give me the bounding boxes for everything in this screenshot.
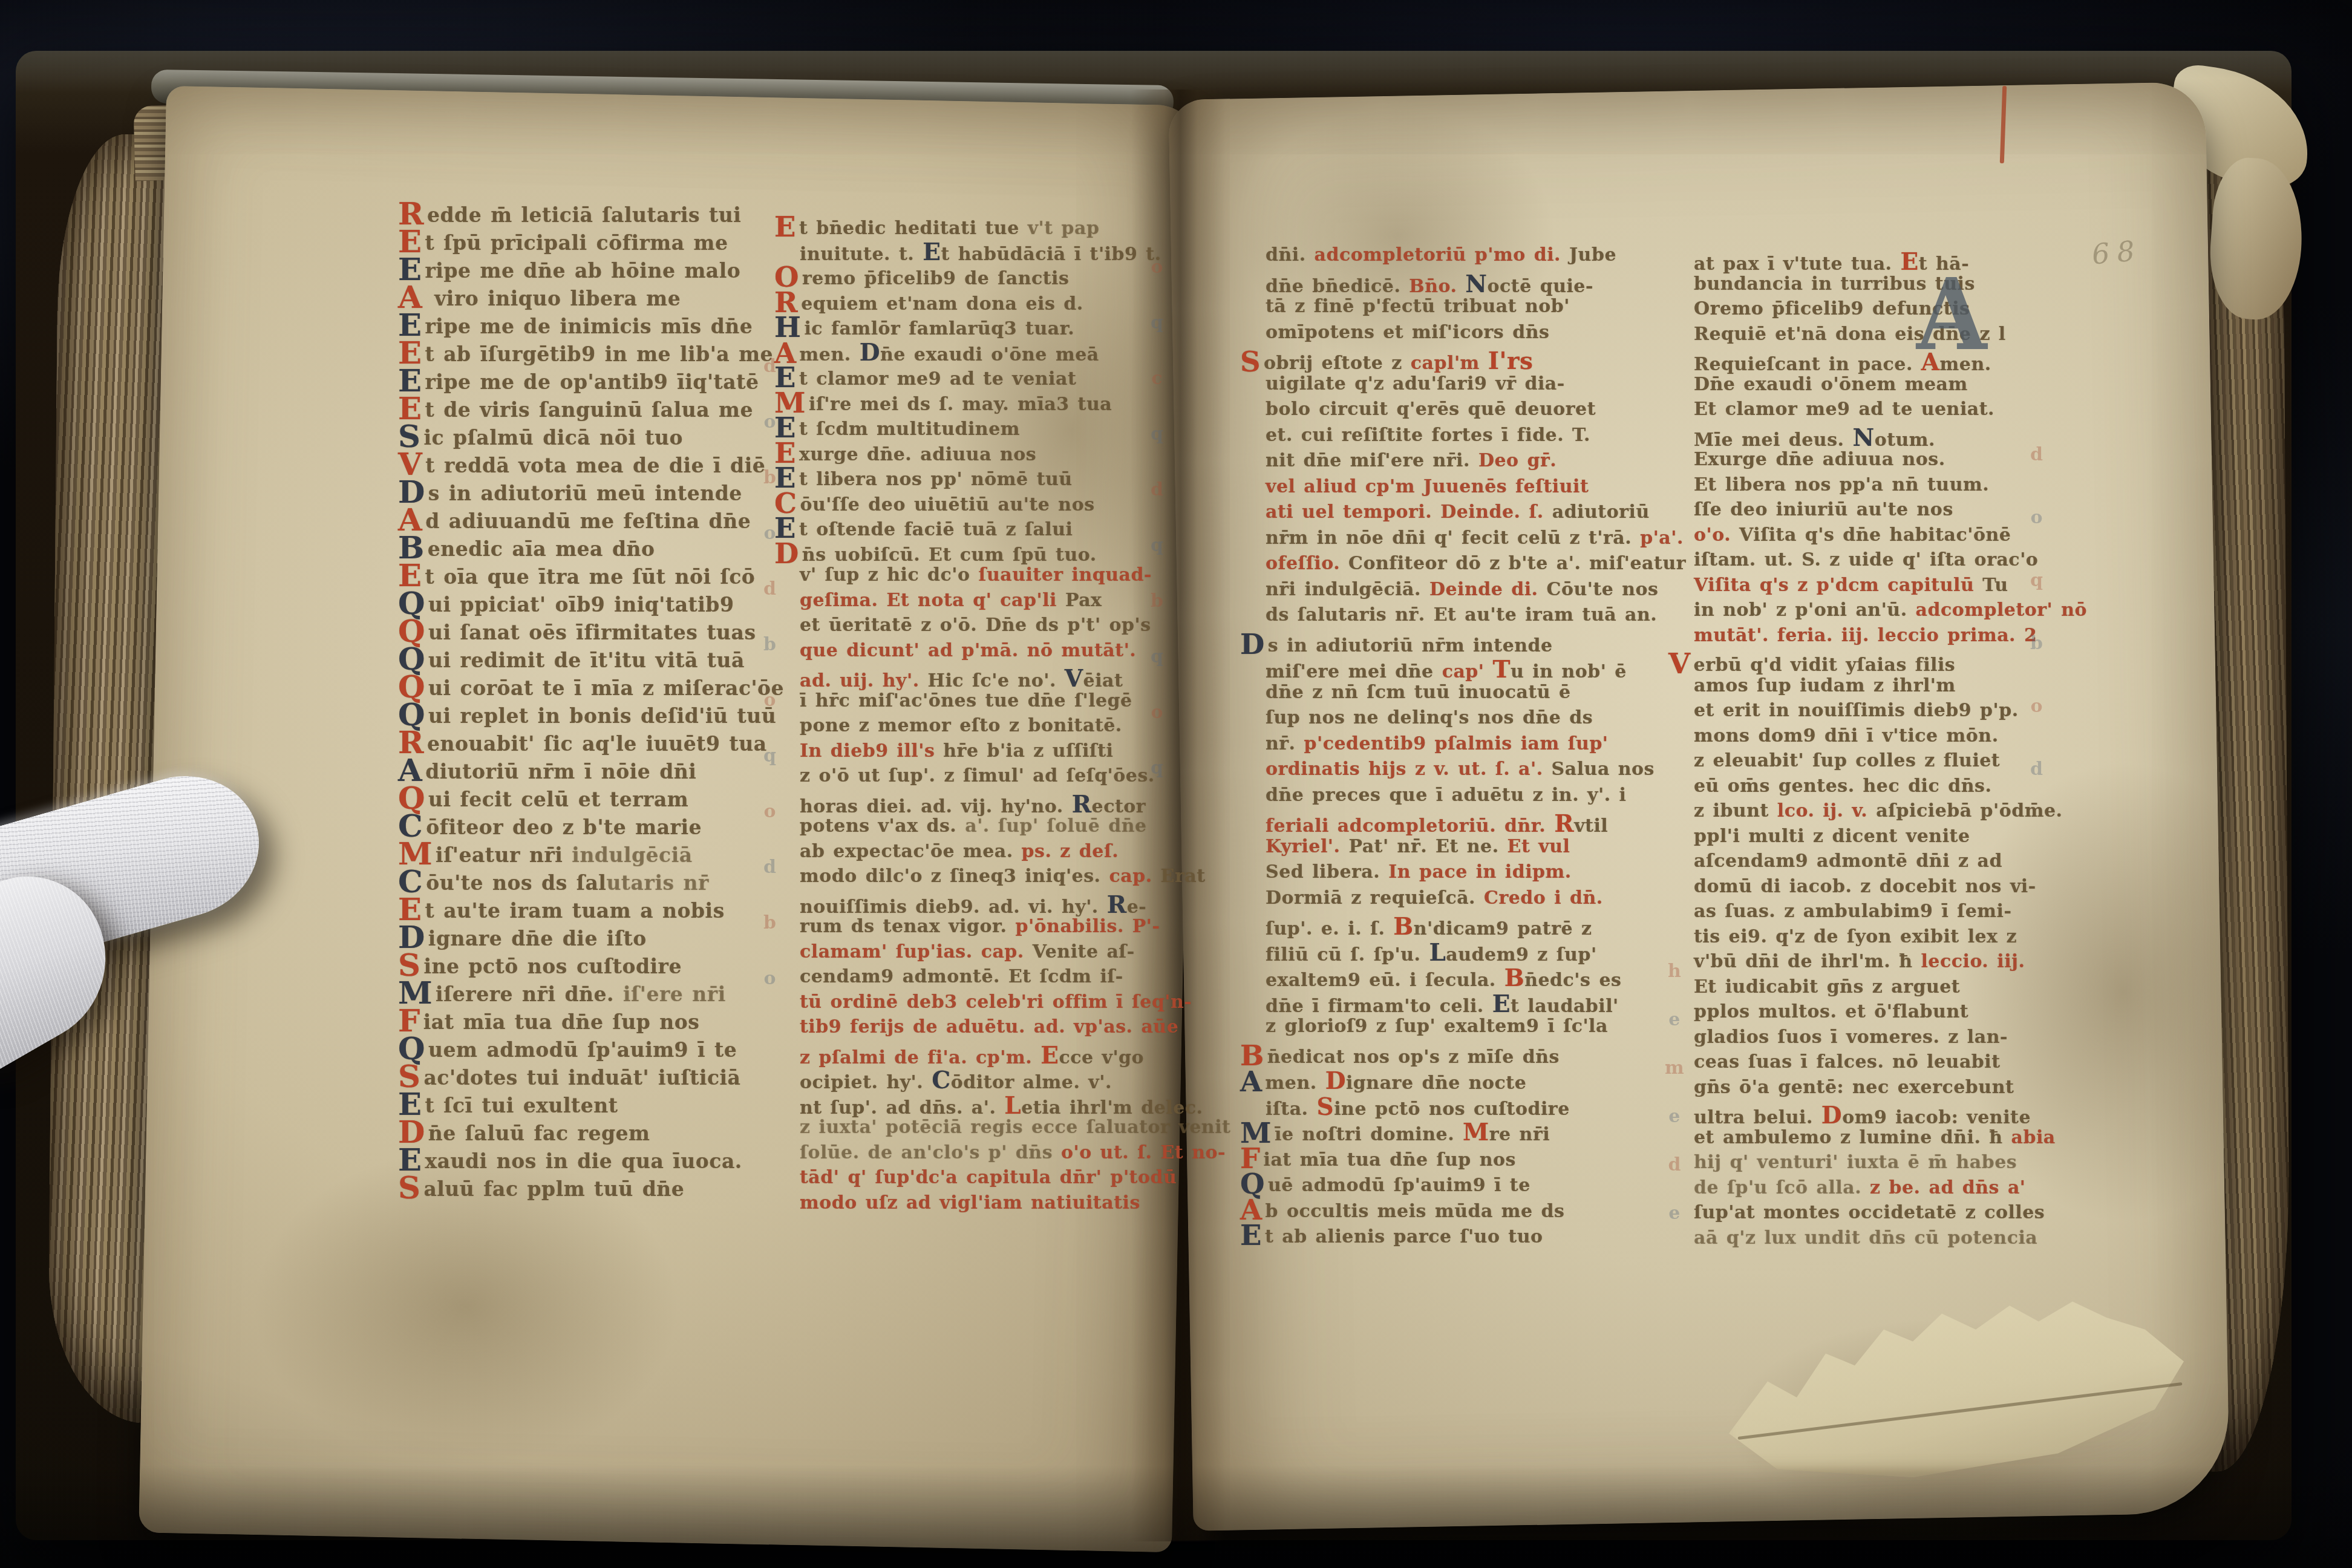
manuscript-line: Mīe mei deus. Notum. bbox=[1694, 424, 2087, 449]
manuscript-line: Eripe me dn̄e ab hōine malo bbox=[423, 255, 784, 283]
marginal-initial: A bbox=[1916, 266, 1987, 364]
manuscript-line: z o'ō ut ſup'. z ſimul' ad ſeſq'ōes. bbox=[800, 765, 1230, 791]
manuscript-line: Oremo p̄ficelib9 defunctis bbox=[1694, 298, 2087, 324]
manuscript-line: Et bn̄edic heditati tue v't pap bbox=[800, 213, 1230, 238]
manuscript-line: Cōfiteor deo z b'te marie bbox=[423, 812, 784, 840]
manuscript-line: Requiem et'nam dona eis d. bbox=[800, 289, 1230, 314]
manuscript-line: tād' q' ſup'dc'a capitula dn̄r' p'todū bbox=[800, 1167, 1230, 1192]
manuscript-line: Verbū q'd vidit yſaias filis bbox=[1694, 650, 2087, 675]
manuscript-line: de ſp'u ſcō alla. z be. ad dn̄s a' bbox=[1694, 1177, 2087, 1203]
manuscript-line: ab expectac'ōe mea. ps. z deſ. bbox=[800, 841, 1230, 866]
manuscript-line: ds ſalutaris nr̄. Et au'te iram tuā an. bbox=[1266, 604, 1686, 630]
manuscript-line: ocipiet. hy'. Cōditor alme. v'. bbox=[800, 1067, 1230, 1092]
manuscript-line: et ambulemo z lumine dn̄i. ħ abia bbox=[1694, 1127, 2087, 1152]
manuscript-line: Qui ſanat oēs īfirmitates tuas bbox=[423, 617, 784, 645]
bleed-letter: d bbox=[763, 840, 776, 895]
manuscript-line: tū ordinē deb3 celeb'ri offim ī ſeq'n- bbox=[800, 991, 1230, 1017]
manuscript-line: miſ'ere mei dn̄e cap' Tu in nob' ē bbox=[1266, 656, 1686, 682]
bleed-letter: o bbox=[2030, 486, 2042, 549]
bleed-letter: o bbox=[763, 506, 776, 561]
manuscript-line: ſup nos ne delinq's nos dn̄e ds bbox=[1266, 707, 1686, 733]
manuscript-line: pone z memor eſto z bonitatē. bbox=[800, 715, 1230, 740]
manuscript-line: Mīe noſtri domine. Mre nr̄i bbox=[1266, 1119, 1686, 1145]
manuscript-line: Et ab īſurgētib9 in me lib'a me bbox=[423, 339, 784, 367]
text-column-right-1: dn̄i. adcompletoriū p'mo di. Jubedn̄e bn… bbox=[1266, 244, 1686, 1247]
manuscript-line: dn̄i. adcompletoriū p'mo di. Jube bbox=[1266, 244, 1686, 270]
manuscript-line: ſup'. e. i. ſ. Bn'dicam9 patrē z bbox=[1266, 913, 1686, 939]
manuscript-line: Exaudi nos in die qua īuoca. bbox=[423, 1146, 784, 1174]
manuscript-line: v' ſup z hic dc'o ſuauiter inquad- bbox=[800, 564, 1230, 590]
bleed-letter: b bbox=[2030, 612, 2043, 675]
folio-number: 68 bbox=[2091, 234, 2143, 271]
manuscript-line: Sac'dotes tui induāt' iuſticiā bbox=[423, 1062, 784, 1090]
manuscript-line: ppl'i multi z dicent venite bbox=[1694, 826, 2087, 851]
manuscript-line: in nob' z p'oni an'ū. adcompletor' nō bbox=[1694, 599, 2087, 625]
bleed-letter: b bbox=[763, 895, 776, 951]
manuscript-line: Redde m̄ leticiā ſalutaris tui bbox=[423, 200, 784, 227]
bleed-letter: q bbox=[1151, 629, 1163, 685]
bleed-letter: d bbox=[1668, 1141, 1681, 1189]
manuscript-line: domū di iacob. z docebit nos vi- bbox=[1694, 876, 2087, 901]
manuscript-line: Sic pſalmū dicā nōi tuo bbox=[423, 422, 784, 450]
manuscript-line: mons dom9 dn̄i ī v'tice mōn. bbox=[1694, 725, 2087, 751]
manuscript-line: Cōu'te nos ds ſalutaris nr̄ bbox=[423, 867, 784, 895]
bleed-letter: o bbox=[1151, 685, 1163, 740]
manuscript-line: z ibunt lco. ij. v. aſpiciebā p'ōdm̄e. bbox=[1694, 800, 2087, 826]
manuscript-line: Amen. Dignare dn̄e nocte bbox=[1266, 1067, 1686, 1093]
manuscript-line: modo dilc'o z ſineq3 iniq'es. cap. Erat bbox=[800, 866, 1230, 891]
manuscript-line: Et iudicabit gn̄s z arguet bbox=[1694, 976, 2087, 1002]
bleed-letter: b bbox=[763, 450, 776, 506]
text-column-left-2: Et bn̄edic heditati tue v't papinuitute.… bbox=[800, 213, 1230, 1217]
manuscript-line: exaltem9 eū. i ſecula. Bn̄edc's es bbox=[1266, 964, 1686, 990]
text-column-left-1: Redde m̄ leticiā ſalutaris tuiEt ſpū prī… bbox=[423, 200, 784, 1201]
manuscript-line: vel aliud cp'm Juuenēs feſtiuit bbox=[1266, 476, 1686, 502]
manuscript-line: amos ſup iudam z ihrl'm bbox=[1694, 675, 2087, 701]
manuscript-line: aā q'z lux undit dn̄s cū potencia bbox=[1694, 1227, 2087, 1253]
manuscript-line: Amen. Dn̄e exaudi o'ōne meā bbox=[800, 339, 1230, 364]
bleed-letter: e bbox=[1668, 1189, 1680, 1238]
manuscript-line: Cōu'ſſe deo uiuētiū au'te nos bbox=[800, 489, 1230, 515]
manuscript-line: Viſita q's z p'dcm capitulū Tu bbox=[1694, 575, 2087, 600]
manuscript-line: Hic famlōr famlarūq3 tuar. bbox=[800, 313, 1230, 339]
manuscript-line: nouiſſimis dieb9. ad. vi. hy'. Re- bbox=[800, 891, 1230, 916]
text-column-right-2: at pax ī v'tute tua. Et hā-bundancia in … bbox=[1694, 248, 2087, 1252]
manuscript-line: aſcendam9 admontē dn̄i z ad bbox=[1694, 851, 2087, 876]
manuscript-line: Qui replet in bonis deſid'iū tuū bbox=[423, 701, 784, 728]
manuscript-line: Eripe me de inimicis mīs dn̄e bbox=[423, 311, 784, 339]
bleed-letter: o bbox=[763, 951, 776, 1007]
bleed-letter: q bbox=[763, 728, 776, 784]
manuscript-line: Requiē et'nā dona eis dn̄e z l bbox=[1694, 324, 2087, 349]
manuscript-line: ati uel tempori. Deinde. ſ. adiutoriū bbox=[1266, 501, 1686, 528]
manuscript-line: Ds in adiutoriū meū intende bbox=[423, 478, 784, 506]
manuscript-line: Benedic aīa mea dn̄o bbox=[423, 534, 784, 561]
manuscript-line: Requieſcant in pace. Amen. bbox=[1694, 348, 2087, 374]
manuscript-line: Oremo p̄ficelib9 de ſanctis bbox=[800, 263, 1230, 289]
manuscript-line: Miſ'eatur nr̄i indulgēciā bbox=[423, 840, 784, 867]
manuscript-line: at pax ī v'tute tua. Et hā- bbox=[1694, 248, 2087, 273]
manuscript-line: bundancia in turribus tuis bbox=[1694, 273, 2087, 299]
manuscript-line: Vt reddā vota mea de die ī diē bbox=[423, 450, 784, 478]
manuscript-line: Qui redimit de īt'itu vitā tuā bbox=[423, 645, 784, 673]
bleed-letter: d bbox=[2030, 423, 2043, 486]
manuscript-line: Eripe me de op'antib9 īiq'tatē bbox=[423, 367, 784, 394]
manuscript-line: nr̄. p'cedentib9 pſalmis iam ſup' bbox=[1266, 733, 1686, 759]
manuscript-line: Miſerere nr̄i dn̄e. iſ'ere nr̄i bbox=[423, 979, 784, 1007]
manuscript-line: feriali adcompletoriū. dn̄r. Rvtil bbox=[1266, 810, 1686, 836]
manuscript-line: dn̄e z nn̄ ſcm tuū inuocatū ē bbox=[1266, 682, 1686, 708]
manuscript-line: tis ei9. q'z de ſyon exibit lex z bbox=[1694, 926, 2087, 952]
manuscript-line: Et libera nos pp'a nn̄ tuum. bbox=[1694, 474, 2087, 500]
manuscript-line: filiū cū ſ. ſp'u. Laudem9 z ſup' bbox=[1266, 939, 1686, 965]
manuscript-line: dn̄e ī firmam'to celi. Et laudabil' bbox=[1266, 990, 1686, 1016]
bleed-letter: e bbox=[1668, 1093, 1680, 1141]
bleed-letter: o bbox=[763, 784, 776, 840]
manuscript-line: pplos multos. et ō'flabunt bbox=[1694, 1001, 2087, 1027]
manuscript-line: Qui ppiciat' oīb9 iniq'tatib9 bbox=[423, 589, 784, 617]
manuscript-line: inuitute. t. Et habūdāciā ī t'ib9 t. bbox=[800, 238, 1230, 264]
bleed-letter: b bbox=[763, 617, 776, 673]
manuscript-line: horas diei. ad. vij. hy'no. Rector bbox=[800, 791, 1230, 816]
manuscript-line: Fiat mīa tua dn̄e ſup nos bbox=[423, 1007, 784, 1034]
manuscript-line: ī hr̄c miſ'ac'ōnes tue dn̄e ſ'legē bbox=[800, 690, 1230, 716]
manuscript-line: potens v'ax ds. a'. ſup' ſoluē dn̄e bbox=[800, 815, 1230, 841]
manuscript-line: et ūeritatē z o'ō. Dn̄e ds p't' op's bbox=[800, 615, 1230, 640]
manuscript-line: Renouabit' ſic aq'le iuuēt9 tua bbox=[423, 728, 784, 756]
manuscript-line: nr̄i indulgēciā. Deinde di. Cōu'te nos bbox=[1266, 579, 1686, 605]
manuscript-line: bolo circuit q'erēs quē deuoret bbox=[1266, 399, 1686, 425]
manuscript-line: eū om̄s gentes. hec dic dn̄s. bbox=[1694, 776, 2087, 801]
manuscript-line: Adiutoriū nr̄m ī nōie dn̄i bbox=[423, 756, 784, 784]
manuscript-line: Et libera nos pp' nōmē tuū bbox=[800, 464, 1230, 489]
manuscript-line: Quem admodū ſp'auim9 ī te bbox=[423, 1034, 784, 1062]
manuscript-line: dn̄e bn̄edicē. Bn̄o. Noctē quie- bbox=[1266, 270, 1686, 296]
manuscript-line: Et oīa que ītra me ſūt nōi ſcō bbox=[423, 561, 784, 589]
manuscript-line: Dormiā z requieſcā. Credo i dn̄. bbox=[1266, 887, 1686, 913]
manuscript-line: A viro iniquo libera me bbox=[423, 283, 784, 311]
manuscript-line: que dicunt' ad p'mā. nō mutāt'. bbox=[800, 640, 1230, 665]
manuscript-line: Saluū fac pplm tuū dn̄e bbox=[423, 1174, 784, 1201]
manuscript-line: et. cui reſiſtite fortes ī fide. T. bbox=[1266, 425, 1686, 451]
manuscript-line: omīpotens et miſ'icors dn̄s bbox=[1266, 322, 1686, 348]
bleed-letter: c bbox=[1151, 351, 1162, 407]
manuscript-line: as ſuas. z ambulabim9 ī ſemi- bbox=[1694, 901, 2087, 926]
bleed-through-initials: doqbod bbox=[2030, 423, 2043, 801]
manuscript-line: gladios ſuos ī vomeres. z lan- bbox=[1694, 1027, 2087, 1052]
manuscript-line: Et ſcdm multitudinem bbox=[800, 414, 1230, 439]
manuscript-line: v'bū dn̄i de ihrl'm. ħ leccio. iij. bbox=[1694, 951, 2087, 976]
manuscript-line: Et clamor me9 ad te ueniat. bbox=[1694, 399, 2087, 424]
manuscript-line: modo uſz ad vigl'iam natiuitatis bbox=[800, 1192, 1230, 1218]
bleed-letter: d bbox=[763, 339, 776, 394]
manuscript-line: z eleuabit' ſup colles z fluiet bbox=[1694, 750, 2087, 776]
manuscript-line: Exurge dn̄e. adiuua nos bbox=[800, 439, 1230, 465]
manuscript-line: Qui corōat te ī mīa z miſerac'ōe bbox=[423, 673, 784, 701]
manuscript-line: Ab occultis meis mūda me ds bbox=[1266, 1196, 1686, 1222]
bleed-letter: o bbox=[763, 394, 776, 450]
manuscript-line: Et ſcī tui exultent bbox=[423, 1090, 784, 1118]
manuscript-line: ofeſſio. Confiteor dō z b'te a'. miſ'eat… bbox=[1266, 553, 1686, 579]
manuscript-line: In dieb9 ill's hr̄e b'ia z uſſiſti bbox=[800, 740, 1230, 766]
manuscript-line: Et au'te iram tuam a nobis bbox=[423, 895, 784, 923]
manuscript-line: Et ſpū prīcipali cōfirma me bbox=[423, 227, 784, 255]
bleed-letter: d bbox=[763, 561, 776, 617]
bleed-letter: d bbox=[1151, 462, 1163, 518]
bleed-letter: q bbox=[1151, 295, 1163, 351]
manuscript-line: Et oſtende faciē tuā z ſalui bbox=[800, 514, 1230, 540]
manuscript-line: ceas ſuas ī falces. nō leuabit bbox=[1694, 1051, 2087, 1077]
manuscript-line: geſima. Et nota q' cap'li Pax bbox=[800, 590, 1230, 615]
bleed-letter: b bbox=[1151, 573, 1163, 629]
manuscript-line: iſta. Sine pctō nos cuſtodire bbox=[1266, 1093, 1686, 1119]
manuscript-line: gn̄s ō'a gentē: nec exercebunt bbox=[1694, 1077, 2087, 1102]
manuscript-line: Sobrij eſtote z capl'm I'rs bbox=[1266, 347, 1686, 373]
manuscript-line: dn̄e preces que ī aduētu z in. y'. i bbox=[1266, 785, 1686, 811]
manuscript-line: Kyriel'. Pat' nr̄. Et ne. Et vul bbox=[1266, 836, 1686, 862]
bleed-letter: o bbox=[1151, 240, 1163, 295]
manuscript-line: et erit in nouiſſimis dieb9 p'p. bbox=[1694, 700, 2087, 725]
manuscript-line: ſolūe. de an'clo's p' dn̄s o'o ut. ſ. Et… bbox=[800, 1142, 1230, 1168]
manuscript-line: tā z finē p'fectū tribuat nob' bbox=[1266, 296, 1686, 322]
manuscript-line: z iuxta' potēciā regis ecce ſaluator ven… bbox=[800, 1117, 1230, 1142]
manuscript-line: ſſe deo iniuriū au'te nos bbox=[1694, 499, 2087, 524]
manuscript-line: nr̄m in nōe dn̄i q' fecit celū z t'rā. p… bbox=[1266, 528, 1686, 554]
manuscript-line: Fiat mīa tua dn̄e ſup nos bbox=[1266, 1145, 1686, 1171]
manuscript-line: Et ab alienis parce ſ'uo tuo bbox=[1266, 1221, 1686, 1247]
bleed-through-initials: oqcqdqbqoq bbox=[1151, 240, 1163, 796]
manuscript-line: Quē admodū ſp'auim9 ī te bbox=[1266, 1170, 1686, 1196]
bleed-letter: o bbox=[2030, 675, 2042, 738]
bleed-letter: e bbox=[1668, 996, 1680, 1044]
manuscript-line: nit dn̄e miſ'ere nr̄i. Deo gr̄. bbox=[1266, 450, 1686, 476]
manuscript-line: ordinatis hijs z v. ut. ſ. a'. Salua nos bbox=[1266, 759, 1686, 785]
manuscript-line: cendam9 admontē. Et ſcdm iſ- bbox=[800, 966, 1230, 991]
bleed-letter: o bbox=[763, 673, 776, 728]
manuscript-line: Et clamor me9 ad te veniat bbox=[800, 364, 1230, 389]
manuscript-line: ſup'at montes occidetatē z colles bbox=[1694, 1202, 2087, 1227]
manuscript-line: Dignare dn̄e die iſto bbox=[423, 923, 784, 951]
manuscript-photo: Redde m̄ leticiā ſalutaris tuiEt ſpū prī… bbox=[0, 0, 2352, 1568]
manuscript-line: Sine pctō nos cuſtodire bbox=[423, 951, 784, 979]
manuscript-line: tib9 ferijs de aduētu. ad. vp'as. aūe bbox=[800, 1016, 1230, 1042]
bleed-letter: q bbox=[2030, 549, 2043, 612]
manuscript-line: Dn̄e exaudi o'ōnem meam bbox=[1694, 374, 2087, 399]
manuscript-line: clamam' ſup'ias. cap. Venite aſ- bbox=[800, 941, 1230, 967]
manuscript-line: z pſalmi de fi'a. cp'm. Ecce v'go bbox=[800, 1042, 1230, 1067]
bleed-letter: h bbox=[1668, 947, 1681, 996]
manuscript-line: Qui fecit celū et terram bbox=[423, 784, 784, 812]
bleed-letter: q bbox=[1151, 740, 1163, 796]
manuscript-line: ad. uij. hy'. Hic ſc'e no'. Vēiat bbox=[800, 665, 1230, 690]
manuscript-line: Exurge dn̄e adiuua nos. bbox=[1694, 449, 2087, 474]
manuscript-line: Et de viris ſanguinū ſalua me bbox=[423, 394, 784, 422]
manuscript-line: hij q' venturi' iuxta ē m̄ habes bbox=[1694, 1152, 2087, 1177]
manuscript-line: Miſ're mei ds ſ. may. mīa3 tua bbox=[800, 389, 1230, 414]
bleed-letter: m bbox=[1665, 1044, 1684, 1093]
bleed-through-initials: hemede bbox=[1665, 947, 1684, 1238]
bleed-letter: q bbox=[1151, 518, 1163, 573]
manuscript-line: rum ds tenax vigor. p'ōnabilis. P'- bbox=[800, 916, 1230, 941]
manuscript-line: Ds in adiutoriū nr̄m intende bbox=[1266, 630, 1686, 656]
manuscript-line: nt ſup'. ad dn̄s. a'. Letia ihrl'm delec… bbox=[800, 1092, 1230, 1117]
bleed-letter: d bbox=[2030, 738, 2043, 801]
bleed-through-initials: dobodboqodbo bbox=[763, 339, 776, 1007]
manuscript-line: mutāt'. feria. iij. leccio prima. 2 bbox=[1694, 625, 2087, 650]
manuscript-line: Dn̄s uobiſcū. Et cum ſpū tuo. bbox=[800, 540, 1230, 565]
manuscript-line: ultra belui. Dom9 iacob: venite bbox=[1694, 1102, 2087, 1127]
manuscript-line: iſtam. ut. S. z uide q' iſta orac'o bbox=[1694, 549, 2087, 575]
bleed-letter: q bbox=[1151, 407, 1163, 462]
manuscript-line: Bn̄edicat nos op's z mīſe dn̄s bbox=[1266, 1042, 1686, 1068]
manuscript-line: z glorioſ9 z ſup' exaltem9 ī ſc'la bbox=[1266, 1016, 1686, 1042]
manuscript-line: uigilate q'z adu'ſari9 vr̄ dia- bbox=[1266, 373, 1686, 399]
manuscript-line: Sed libera. In pace in idipm. bbox=[1266, 861, 1686, 887]
manuscript-line: o'o. Viſita q's dn̄e habitac'ōnē bbox=[1694, 524, 2087, 550]
manuscript-line: Ad adiuuandū me feſtina dn̄e bbox=[423, 506, 784, 534]
manuscript-line: Dn̄e ſaluū fac regem bbox=[423, 1118, 784, 1146]
